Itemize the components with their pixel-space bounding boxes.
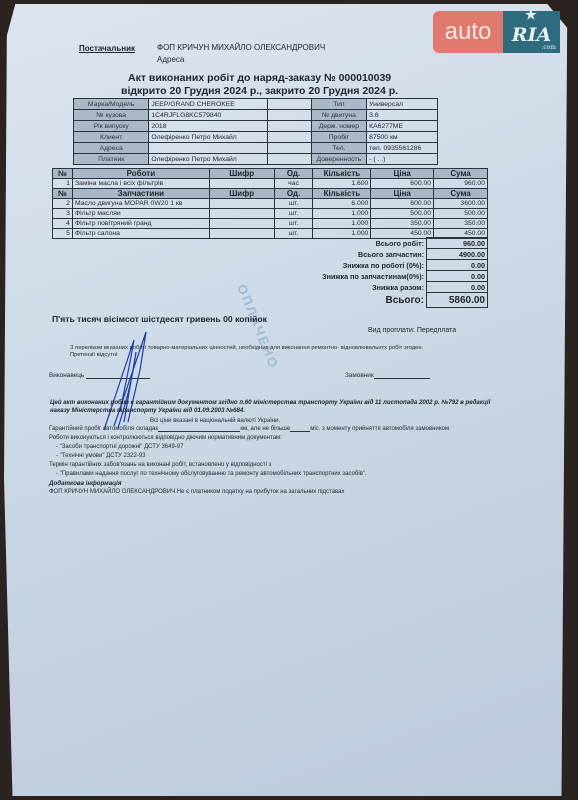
vehicle-field-label: Тел.	[311, 143, 367, 154]
total-row: Всього:5860.00	[240, 293, 488, 308]
cell-price: 500.00	[371, 209, 434, 219]
payment-type-value: Передплата	[417, 327, 456, 334]
table-row: 3Фільтр масляишт.1.000500.00500.00	[53, 209, 488, 219]
total-label: Знижка по запчастинам(0%):	[240, 271, 427, 282]
cell-qty: 1.000	[313, 219, 371, 229]
supplier-name: ФОП КРИЧУН МИХАЙЛО ОЛЕКСАНДРОВИЧ	[157, 43, 325, 52]
total-row: Знижка разом:0.00	[240, 282, 488, 293]
vehicle-field-value: тел. 0935561286	[367, 143, 438, 154]
watermark-ria: ★ RIA .com	[503, 11, 560, 53]
column-header: Шифр	[209, 189, 274, 199]
vehicle-info-row: АдресаТел.тел. 0935561286	[74, 143, 438, 154]
watermark-ria-text: RIA	[512, 24, 551, 46]
vehicle-info-table: Марка/МодельJEEP/GRAND CHEROKEEТипУнивер…	[73, 98, 438, 165]
total-label: Знижка по роботі (0%):	[240, 260, 427, 271]
parts-header-row: №ЗапчастиниШифрОд.КількістьЦінаСума	[53, 189, 488, 199]
cell-name: Фільтр повітряний гранд	[72, 219, 209, 229]
extra-info-label: Додаткова інформація	[49, 480, 122, 487]
vehicle-field-value: JEEP/GRAND CHEROKEE	[149, 99, 267, 110]
cell-price: 600.00	[371, 199, 434, 209]
vehicle-field-label: Клиент	[74, 132, 149, 143]
customer-label: Замовник	[345, 372, 374, 379]
vehicle-spacer-cell	[267, 99, 311, 110]
vehicle-info-row: Рік випуску2018Держ. номерКА6277МЕ	[74, 121, 438, 132]
standard-item: - "Технічні умови" ДСТУ 2322-93	[56, 453, 146, 459]
autoria-watermark: auto ★ RIA .com	[433, 11, 560, 53]
vehicle-field-label: Адреса	[74, 143, 149, 154]
cell-sum: 960.00	[434, 179, 488, 189]
vehicle-field-label: Тип	[311, 99, 367, 110]
total-label: Всього:	[240, 293, 427, 308]
vehicle-field-label: Держ. номер	[311, 121, 367, 132]
terms-item: - "Правилами надання послуг по технічном…	[56, 471, 367, 477]
cell-no: 2	[53, 199, 73, 209]
cell-code	[209, 219, 274, 229]
payment-type-label: Вид проплати:	[368, 327, 415, 334]
warranty-mileage-text-c: міс. з моменту прийняття автомобіля замо…	[310, 426, 449, 432]
cell-unit: шт.	[274, 199, 313, 209]
cell-code	[209, 209, 274, 219]
total-value: 960.00	[427, 238, 488, 249]
vehicle-spacer-cell	[267, 154, 311, 165]
act-dates: відкрито 20 Грудня 2024 р., закрито 20 Г…	[121, 85, 398, 97]
column-header: Роботи	[72, 169, 209, 179]
watermark-com: .com	[541, 44, 556, 52]
works-header-row: №РоботиШифрОд.КількістьЦінаСума	[53, 169, 488, 179]
cell-sum: 350.00	[434, 219, 488, 229]
vehicle-field-label: № двигуна	[311, 110, 367, 121]
act-title: Акт виконаних робіт до наряд-заказу № 00…	[128, 72, 391, 84]
watermark-auto: auto	[433, 11, 503, 53]
total-value: 0.00	[427, 282, 488, 293]
extra-info-text: ФОП КРИЧУН МИХАЙЛО ОЛЕКСАНДРОВИЧ Не є пл…	[49, 489, 345, 495]
vehicle-spacer-cell	[267, 132, 311, 143]
column-header: Сума	[434, 189, 488, 199]
total-value: 5860.00	[427, 293, 488, 308]
cell-unit: час	[274, 179, 313, 189]
handwritten-signature	[90, 322, 170, 432]
totals-table: Всього робіт:960.00Всього запчастин:4900…	[240, 237, 488, 308]
cell-name: Фільтр салона	[72, 229, 209, 239]
cell-sum: 500.00	[434, 209, 488, 219]
column-header: №	[53, 189, 73, 199]
warranty-mileage-text-b: км, але не більше	[240, 426, 290, 432]
warranty-mileage-text-a: Гарантійний пробіг автомобіля складає	[49, 426, 158, 432]
vehicle-field-label: Марка/Модель	[74, 99, 149, 110]
vehicle-info-row: Марка/МодельJEEP/GRAND CHEROKEEТипУнивер…	[74, 99, 438, 110]
cell-qty: 1.600	[313, 179, 371, 189]
vehicle-field-value: 1C4RJFLG8KC579840	[149, 110, 267, 121]
cell-name: Масло двигуна MOPAR 0W20 1 кв	[72, 199, 209, 209]
total-label: Знижка разом:	[240, 282, 427, 293]
vehicle-field-label: Доверенность	[311, 154, 367, 165]
vehicle-spacer-cell	[267, 121, 311, 132]
cell-price: 350.00	[371, 219, 434, 229]
total-row: Знижка по роботі (0%):0.00	[240, 260, 488, 271]
terms-intro: Термін гарантійних забов'язань на викона…	[49, 462, 271, 468]
supplier-address-label: Адреса	[157, 55, 184, 64]
cell-qty: 6.000	[313, 199, 371, 209]
vehicle-spacer-cell	[267, 110, 311, 121]
column-header: Шифр	[209, 169, 274, 179]
column-header: Кількість	[313, 189, 371, 199]
table-row: 4Фільтр повітряний грандшт.1.000350.0035…	[53, 219, 488, 229]
total-value: 0.00	[427, 271, 488, 282]
standard-item: - "Засоби транспортні дорожні" ДСТУ 3649…	[56, 444, 183, 450]
customer-signature-line	[374, 378, 430, 379]
cell-no: 4	[53, 219, 73, 229]
vehicle-info-row: КлиентОлефіренко Петро МихайлПробіг87500…	[74, 132, 438, 143]
column-header: Сума	[434, 169, 488, 179]
cell-qty: 1.000	[313, 209, 371, 219]
total-label: Всього запчастин:	[240, 249, 427, 260]
vehicle-field-label: № кузова	[74, 110, 149, 121]
vehicle-spacer-cell	[267, 143, 311, 154]
total-value: 4900.00	[427, 249, 488, 260]
executor-label: Виконавець	[49, 372, 84, 379]
cell-code	[209, 199, 274, 209]
total-row: Всього запчастин:4900.00	[240, 249, 488, 260]
vehicle-info-row: ПлатникОлефіренко Петро МихайлДовереннос…	[74, 154, 438, 165]
vehicle-field-value: 87500 км	[367, 132, 438, 143]
vehicle-field-value: - ( . .)	[367, 154, 438, 165]
cell-sum: 3600.00	[434, 199, 488, 209]
cell-no: 3	[53, 209, 73, 219]
column-header: Ціна	[371, 189, 434, 199]
currency-note: Всі ціни вказані в національній валюті У…	[150, 418, 280, 424]
vehicle-field-value: 2018	[149, 121, 267, 132]
total-label: Всього робіт:	[240, 238, 427, 249]
cell-unit: шт.	[274, 209, 313, 219]
warranty-mileage: Гарантійний пробіг автомобіля складаєкм,…	[49, 426, 449, 432]
column-header: Од.	[274, 189, 313, 199]
cell-unit: шт.	[274, 219, 313, 229]
cell-no: 1	[53, 179, 73, 189]
vehicle-field-value: Универсал	[367, 99, 438, 110]
customer-signature: Замовник	[345, 372, 430, 379]
table-row: 1Заміна масла і всіх фільтрівчас1.600600…	[53, 179, 488, 189]
total-value: 0.00	[427, 260, 488, 271]
vehicle-field-value	[149, 143, 267, 154]
table-row: 2Масло двигуна MOPAR 0W20 1 квшт.6.00060…	[53, 199, 488, 209]
vehicle-field-value: Олефіренко Петро Михайл	[149, 132, 267, 143]
vehicle-field-value: 3.6	[367, 110, 438, 121]
mileage-km-blank	[158, 431, 240, 432]
total-row: Всього робіт:960.00	[240, 238, 488, 249]
column-header: Запчастини	[72, 189, 209, 199]
vehicle-field-label: Пробіг	[311, 132, 367, 143]
vehicle-info-row: № кузова1C4RJFLG8KC579840№ двигуна3.6	[74, 110, 438, 121]
column-header: №	[53, 169, 73, 179]
vehicle-field-value: КА6277МЕ	[367, 121, 438, 132]
star-icon: ★	[525, 9, 537, 23]
standards-intro: Роботи виконуються і контролюються відпо…	[49, 435, 282, 441]
column-header: Ціна	[371, 169, 434, 179]
items-table: №РоботиШифрОд.КількістьЦінаСума1Заміна м…	[52, 168, 488, 239]
cell-price: 600.00	[371, 179, 434, 189]
cell-name: Фільтр масляи	[72, 209, 209, 219]
payment-type: Вид проплати: Передплата	[368, 327, 456, 334]
warranty-legal-text: Цей акт виконаних робіт є гарантійним до…	[50, 399, 500, 415]
cell-no: 5	[53, 229, 73, 239]
total-row: Знижка по запчастинам(0%):0.00	[240, 271, 488, 282]
cell-name: Заміна масла і всіх фільтрів	[72, 179, 209, 189]
supplier-label: Постачальник	[79, 44, 135, 53]
cell-code	[209, 179, 274, 189]
mileage-months-blank	[290, 431, 310, 432]
vehicle-field-label: Платник	[74, 154, 149, 165]
column-header: Кількість	[313, 169, 371, 179]
column-header: Од.	[274, 169, 313, 179]
vehicle-field-value: Олефіренко Петро Михайл	[149, 154, 267, 165]
vehicle-field-label: Рік випуску	[74, 121, 149, 132]
